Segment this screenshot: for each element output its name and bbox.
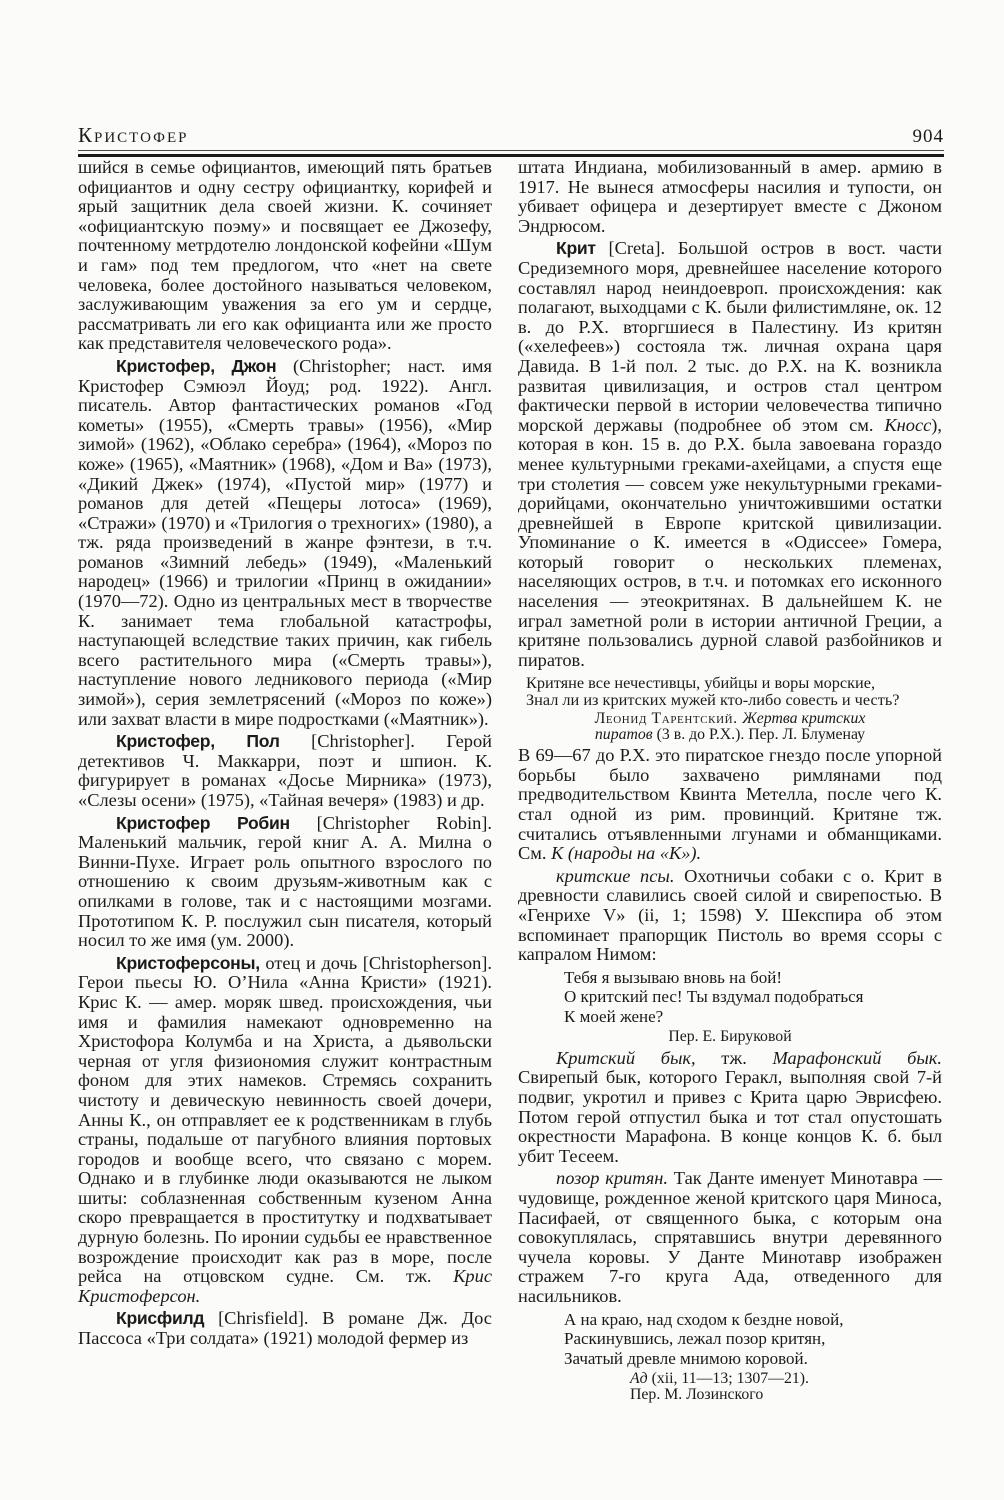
text-segment: Раскинувшись, лежал позор критян,: [564, 1329, 825, 1348]
text-segment: Знал ли из критских мужей кто-либо совес…: [526, 690, 899, 709]
quote-line: Пер. Е. Бируковой: [518, 1029, 942, 1045]
text-segment: Зачатый древле мнимою коровой.: [564, 1349, 808, 1368]
running-header: Кристофер 904: [78, 123, 944, 157]
quote-line: Знал ли из критских мужей кто-либо совес…: [526, 692, 942, 709]
entry-paragraph: Крисфилд [Chrisfield]. В романе Дж. Дос …: [78, 1309, 492, 1348]
entry-paragraph: позор критян. Так Данте именует Минотавр…: [518, 1169, 942, 1306]
quote-attribution: Ад (xii, 11—13; 1307—21).Пер. М. Лозинск…: [630, 1371, 942, 1402]
text-segment: пиратов: [595, 726, 653, 743]
text-segment: (3 в. до Р.Х.). Пер. Л. Блуменау: [653, 726, 865, 743]
page-number: 904: [913, 126, 945, 148]
text-segment: Крит: [556, 238, 608, 258]
text-segment: Кносс: [884, 415, 931, 435]
text-segment: Критский бык,: [556, 1048, 696, 1068]
text-segment: (Christopher; наст. имя Кристофер Сэмюэл…: [78, 356, 492, 729]
entry-paragraph: Кристоферсоны, отец и дочь [Christophers…: [78, 954, 492, 1307]
text-segment: ), которая в кон. 15 в. до Р.Х. была зав…: [518, 415, 942, 670]
quote-attribution: Леонид Тарентский. Жертва критскихпирато…: [518, 711, 942, 742]
text-segment: Кристофер, Джон: [116, 356, 293, 376]
verse-quote: А на краю, над сходом к бездне новой,Рас…: [564, 1310, 942, 1369]
text-segment: Пер. Е. Бируковой: [668, 1028, 791, 1045]
header-rule: [78, 150, 944, 157]
text-segment: [Creta]. Большой остров в вост. части Ср…: [518, 238, 942, 434]
quote-line: О критский пес! Ты вздумал подобраться: [564, 987, 942, 1007]
entry-paragraph: Кристофер, Джон (Christopher; наст. имя …: [78, 357, 492, 729]
quote-line: Леонид Тарентский. Жертва критских: [518, 711, 942, 727]
text-segment: Пер. М. Лозинского: [630, 1386, 763, 1403]
text-segment: шийся в семье официантов, имеющий пять б…: [78, 157, 492, 353]
quote-line: Раскинувшись, лежал позор критян,: [564, 1329, 942, 1349]
quote-line: пиратов (3 в. до Р.Х.). Пер. Л. Блуменау: [518, 727, 942, 743]
text-segment: отец и дочь [Christopherson]. Герои пьес…: [78, 953, 492, 1287]
text-segment: Жертва критских: [742, 710, 865, 727]
quote-line: Тебя я вызываю вновь на бой!: [564, 968, 942, 988]
entry-paragraph: Критский бык, тж. Марафонский бык. Свире…: [518, 1049, 942, 1167]
text-segment: А на краю, над сходом к бездне новой,: [564, 1310, 843, 1329]
text-segment: Кристоферсоны,: [116, 953, 265, 973]
continuation-paragraph: шийся в семье официантов, имеющий пять б…: [78, 158, 492, 354]
text-segment: Марафонский бык.: [773, 1048, 943, 1068]
text-segment: критские псы.: [556, 866, 674, 886]
text-segment: [Christopher Robin]. Маленький мальчик, …: [78, 813, 492, 951]
text-segment: штата Индиана, мобилизованный в амер. ар…: [518, 157, 942, 236]
text-segment: Ад: [630, 1370, 648, 1387]
text-segment: Тебя я вызываю вновь на бой!: [564, 968, 782, 987]
text-segment: Так Данте именует Минотавра — чудовище, …: [518, 1168, 942, 1306]
quote-line: Ад (xii, 11—13; 1307—21).: [630, 1371, 942, 1387]
text-segment: (xii, 11—13; 1307—21).: [648, 1370, 809, 1387]
quote-line: Зачатый древле мнимою коровой.: [564, 1349, 942, 1369]
quote-line: К моей жене?: [564, 1007, 942, 1027]
entry-paragraph: Кристофер, Пол [Christopher]. Герой дете…: [78, 732, 492, 810]
text-segment: Кристофер Робин: [116, 813, 317, 833]
entry-paragraph: Кристофер Робин [Christopher Robin]. Мал…: [78, 814, 492, 951]
verse-quote: Тебя я вызываю вновь на бой!О критский п…: [564, 968, 942, 1027]
text-segment: О критский пес! Ты вздумал подобраться: [564, 987, 864, 1006]
right-column: штата Индиана, мобилизованный в амер. ар…: [518, 158, 942, 1406]
running-head-title: Кристофер: [78, 123, 189, 148]
entry-paragraph: критские псы. Охотничьи собаки с о. Крит…: [518, 867, 942, 965]
quote-line: А на краю, над сходом к бездне новой,: [564, 1310, 942, 1330]
continuation-paragraph: В 69—67 до Р.Х. это пиратское гнездо пос…: [518, 746, 942, 864]
text-columns: шийся в семье официантов, имеющий пять б…: [78, 158, 942, 1406]
text-segment: позор критян.: [556, 1168, 668, 1188]
quote-attribution: Пер. Е. Бируковой: [518, 1029, 942, 1045]
quote-line: Пер. М. Лозинского: [630, 1387, 942, 1403]
text-segment: Крисфилд: [116, 1308, 218, 1328]
text-segment: Леонид Тарентский.: [595, 710, 743, 727]
continuation-paragraph: штата Индиана, мобилизованный в амер. ар…: [518, 158, 942, 236]
entry-paragraph: Крит [Creta]. Большой остров в вост. час…: [518, 239, 942, 670]
text-segment: Кристофер, Пол: [116, 731, 311, 751]
text-segment: К моей жене?: [564, 1007, 663, 1026]
text-segment: Свирепый бык, которого Геракл, выполняя …: [518, 1067, 942, 1165]
text-segment: тж.: [696, 1048, 773, 1068]
left-column: шийся в семье официантов, имеющий пять б…: [78, 158, 492, 1406]
book-page: Кристофер 904 шийся в семье официантов, …: [0, 0, 1004, 1500]
text-segment: К (народы на «К»).: [551, 843, 701, 863]
verse-quote: Критяне все нечестивцы, убийцы и воры мо…: [526, 675, 942, 709]
